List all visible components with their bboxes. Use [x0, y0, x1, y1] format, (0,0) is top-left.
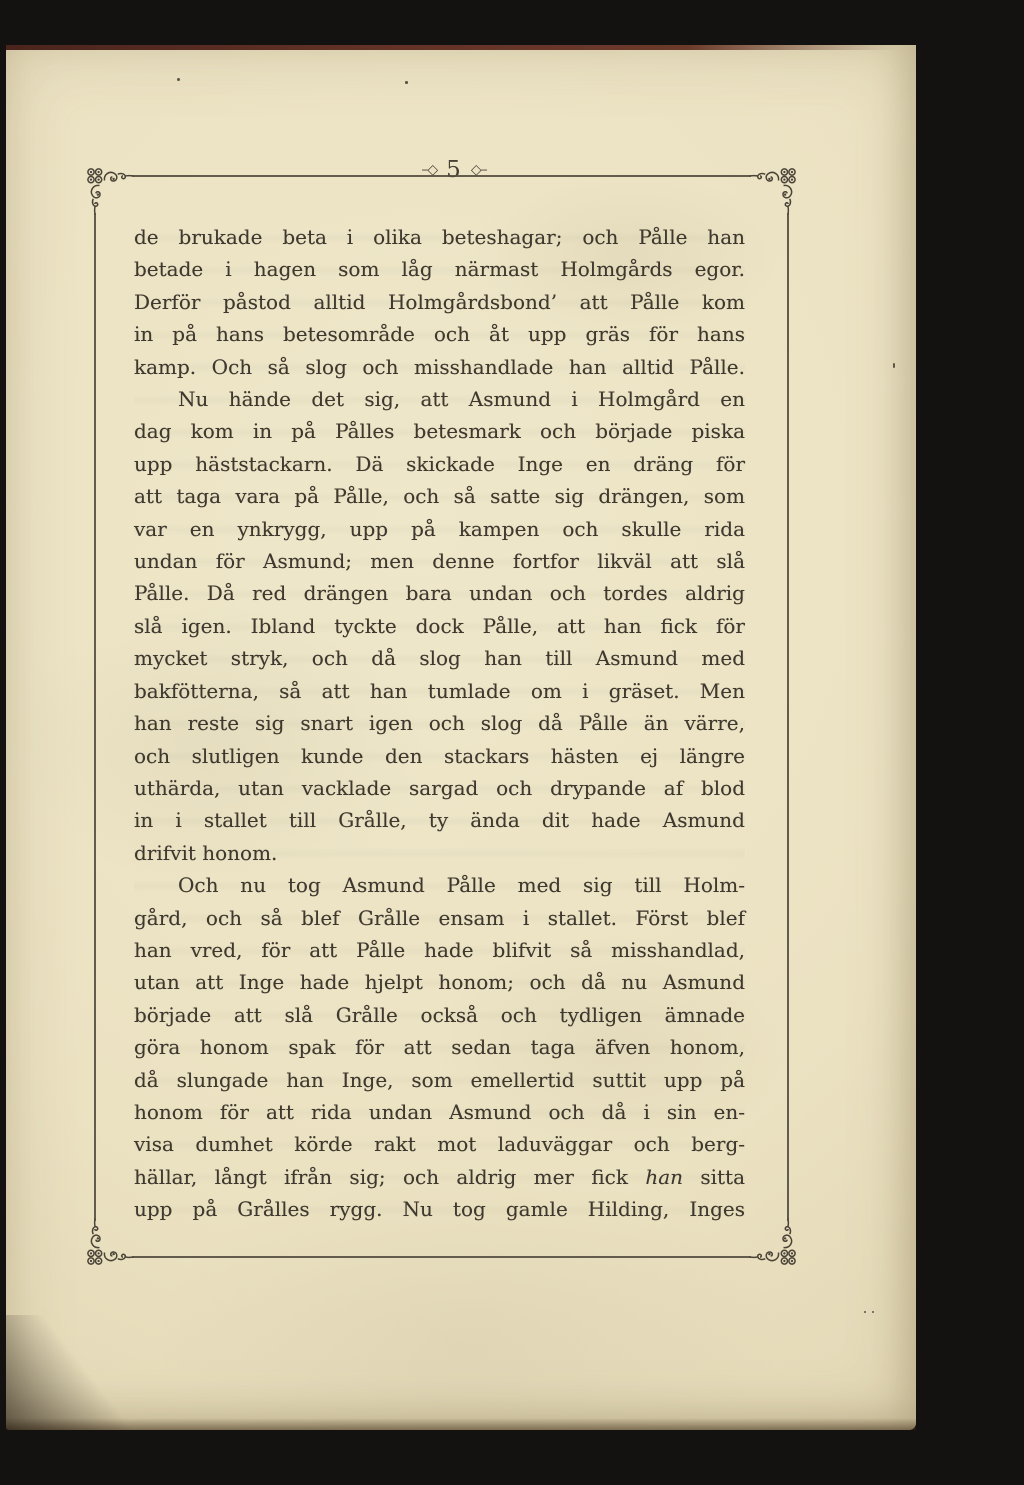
corner-ornament-top-left-icon — [84, 165, 134, 215]
text-line: Och nu tog Asmund Pålle med sig till Hol… — [134, 869, 745, 901]
text-line: då slungade han Inge, som emellertid sut… — [134, 1064, 745, 1096]
text-line: han reste sig snart igen och slog då Pål… — [134, 707, 745, 739]
ink-speck — [864, 1311, 866, 1313]
frame-rule-bottom — [132, 1256, 751, 1258]
text-line: slå igen. Ibland tyckte dock Pålle, att … — [134, 610, 745, 642]
text-line: att taga vara på Pålle, och så satte sig… — [134, 480, 745, 512]
text-line: Nu hände det sig, att Asmund i Holmgård … — [134, 383, 745, 415]
scan-background: –◇5◇– — [0, 0, 1024, 1485]
body-text: de brukade beta i olika beteshagar; och … — [134, 221, 745, 1226]
frame-rule-left — [94, 213, 96, 1221]
text-line: visa dumhet körde rakt mot laduväggar oc… — [134, 1128, 745, 1160]
ink-speck — [405, 81, 408, 84]
text-line: upp på Grålles rygg. Nu tog gamle Hildin… — [134, 1193, 745, 1225]
page-top-edge — [6, 45, 916, 50]
page-bottom-edge — [6, 1418, 916, 1430]
text-line: kamp. Och så slog och misshandlade han a… — [134, 351, 745, 383]
text-line: undan för Asmund; men denne fortfor likv… — [134, 545, 745, 577]
text-line: honom för att rida undan Asmund och då i… — [134, 1096, 745, 1128]
text-line: uthärda, utan vacklade sargad och drypan… — [134, 772, 745, 804]
text-line: dag kom in på Pålles betesmark och börja… — [134, 415, 745, 447]
text-line: hällar, långt ifrån sig; och aldrig mer … — [134, 1161, 745, 1193]
text-line: Pålle. Då red drängen bara undan och tor… — [134, 577, 745, 609]
text-line: han vred, för att Pålle hade blifvit så … — [134, 934, 745, 966]
text-line: in i stallet till Grålle, ty ända dit ha… — [134, 804, 745, 836]
ink-speck — [177, 78, 180, 81]
ink-speck — [893, 363, 895, 368]
frame-rule-right — [787, 213, 789, 1221]
text-line: bakfötterna, så att han tumlade om i grä… — [134, 675, 745, 707]
binding-shadow — [6, 1315, 136, 1430]
text-line: de brukade beta i olika beteshagar; och … — [134, 221, 745, 253]
frame-rule-top — [132, 175, 751, 177]
corner-ornament-bottom-right-icon — [749, 1218, 799, 1268]
corner-ornament-bottom-left-icon — [84, 1218, 134, 1268]
text-line: och slutligen kunde den stackars hästen … — [134, 740, 745, 772]
text-line: började att slå Grålle också och tydlige… — [134, 999, 745, 1031]
text-line: in på hans betesområde och åt upp gräs f… — [134, 318, 745, 350]
text-line: göra honom spak för att sedan taga äfven… — [134, 1031, 745, 1063]
text-line: gård, och så blef Grålle ensam i stallet… — [134, 902, 745, 934]
corner-ornament-top-right-icon — [749, 165, 799, 215]
text-line: utan att Inge hade hjelpt honom; och då … — [134, 966, 745, 998]
text-line: betade i hagen som låg närmast Holmgårds… — [134, 253, 745, 285]
page-number: 5 — [446, 157, 462, 183]
text-line: var en ynkrygg, upp på kampen och skulle… — [134, 513, 745, 545]
book-page: –◇5◇– — [6, 45, 916, 1430]
text-line: drifvit honom. — [134, 837, 745, 869]
text-line: upp häststackarn. Dä skickade Inge en dr… — [134, 448, 745, 480]
ink-speck — [872, 1311, 874, 1313]
text-line: Derför påstod alltid Holmgårdsbond’ att … — [134, 286, 745, 318]
text-line: mycket stryk, och då slog han till Asmun… — [134, 642, 745, 674]
